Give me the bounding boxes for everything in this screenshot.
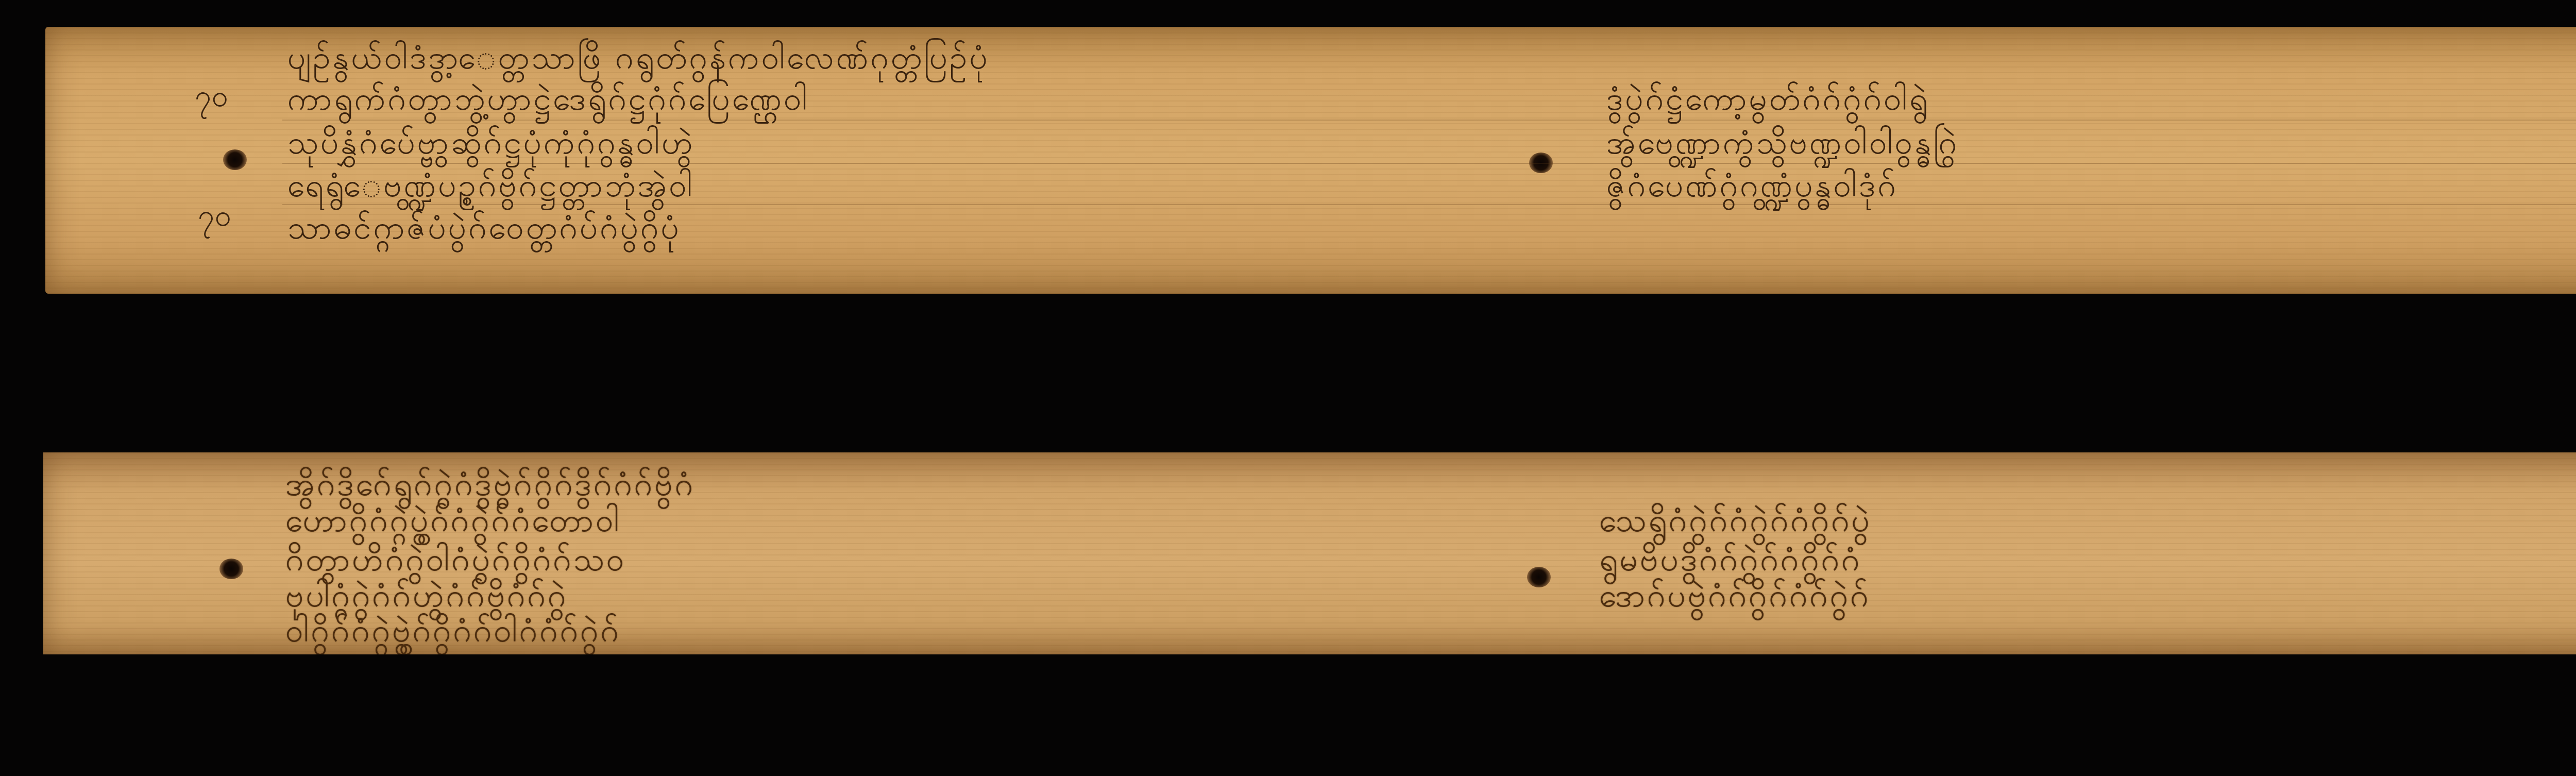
text-line: ဒွံပွဲဂ်ဋ္ဌံကော့မွတ်ဂံဂ်ဂွံဂ်ဝါရွဲ (1606, 78, 2576, 125)
text-line: ဇွိဂံပေဏ်ဂွံဂဏ္ဍွံပွန္ဓဝါဒုံဂ် (1606, 165, 2576, 211)
text-line: သာဓင်ဂ္ဂာဇ်ပံပွဲဂ်ဝေတ္တဂံပ်ဂံပွဲဂွိပုံ (287, 207, 2576, 254)
string-hole-left (219, 559, 243, 579)
text-line: ဒောဂ်ပဗွဲဂံဂ်ဂွိဂ်ဂံဂ်ဂွဲဂ် (1599, 575, 2576, 621)
folio-number: ၇၀ (195, 77, 228, 121)
text-line: သုပိနွှံဂံပ်ေဗ္ဗွာဆွိဂ်ဋ္ဌပုံကုံဂုံဂွန္ဓ… (287, 122, 1431, 168)
text-line: ကာရွက်ဂံတွာဘွဲ့ဟွာဋ္ဌဲဒေရွိဂ်ဋ္ဌဂုံဂ်ပြေ… (287, 78, 1431, 125)
text-line: အွ်ဗေဏ္ဍွာကွံသွိဗဏ္ဍ၀ါဝါဝွန္ဓဂြွဲ (1606, 122, 2576, 168)
string-hole-left (223, 149, 247, 170)
text-line: ရေရွံေဗဏ္ဍွံပဉ္စဂ်ဗွိဂ်ဋ္ဌတ္တာဘုံအွဲဝါ (287, 165, 1431, 211)
palm-leaf-top: ၇၀ ၇၀ ပျဉ်နွယ်ဝါဒံဒွာ့ေတ္တသာဖြိ ဂရွတ်ဂွန… (45, 27, 2576, 294)
text-line: ပျဉ်နွယ်ဝါဒံဒွာ့ေတ္တသာဖြိ ဂရွတ်ဂွန်ကဝါလေ… (287, 37, 2576, 83)
string-hole-center (1527, 567, 1551, 587)
folio-number: ၇၀ (198, 197, 231, 241)
palm-leaf-bottom: အွိဂ်ဒွိဂ်ေရွဂ်ဂွဲဂံဒွိဗွဲဂ်ဂွိဂ်ဒွိဂ်ဂံ… (43, 452, 2576, 654)
